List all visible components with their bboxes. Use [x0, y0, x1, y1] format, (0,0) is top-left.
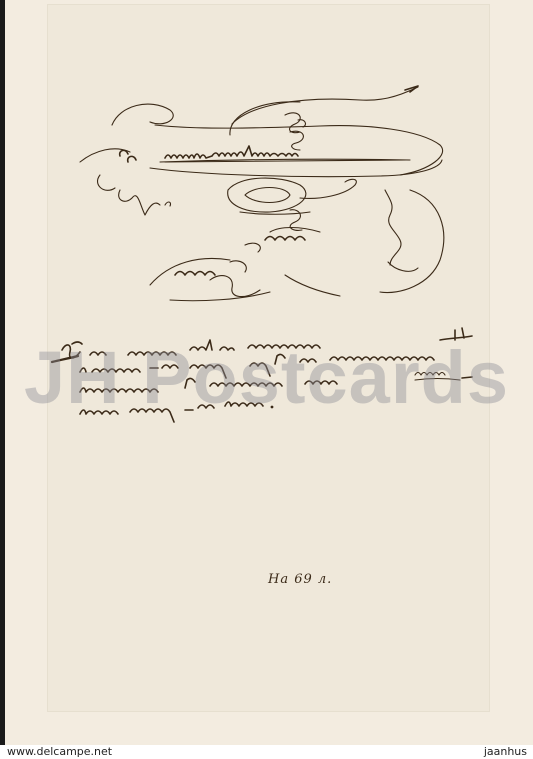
calligraphic-flourish: [80, 86, 444, 301]
postcard: JH Postcards На 69 л.: [0, 0, 533, 745]
site-link[interactable]: www.delcampe.net: [7, 745, 112, 758]
footer-bar: www.delcampe.net jaanhus: [0, 745, 533, 759]
manuscript-body-text: [52, 328, 472, 422]
manuscript-handwriting: [0, 0, 533, 745]
page-reference: На 69 л.: [268, 572, 332, 587]
seller-name: jaanhus: [484, 745, 527, 758]
